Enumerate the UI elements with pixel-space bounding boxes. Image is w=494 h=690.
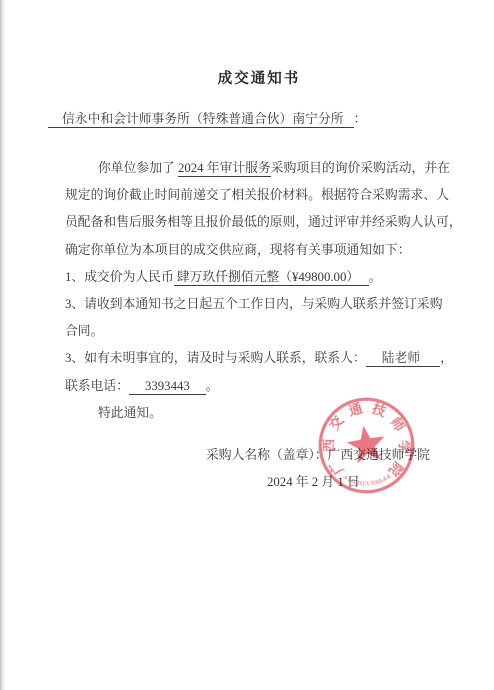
- paragraph-lead: 你单位参加了: [98, 161, 178, 175]
- addressee-name: 信永中和会计师事务所（特殊普通合伙）南宁分所: [48, 112, 354, 128]
- paragraph-line-1: 你单位参加了 2024 年审计服务采购项目的询价采购活动，并在: [65, 155, 465, 182]
- purchaser-org-name: 广西交通技师学院: [328, 448, 430, 462]
- phone-number-underlined: 3393443: [129, 379, 206, 395]
- item-1-period: 。: [369, 270, 382, 284]
- item-3-line-2: 联系电话：3393443。: [65, 373, 465, 400]
- item-2-line-2: 合同。: [65, 318, 465, 345]
- item-3-prefix: 3、如有未明事宜的，请及时与采购人联系，联系人：: [65, 351, 366, 365]
- scanned-notice-page: { "document": { "title": "成交通知书", "addre…: [0, 0, 494, 690]
- purchaser-signature-line: 采购人名称（盖章）：广西交通技师学院: [206, 444, 430, 463]
- date-line: 2024 年 2 月 1 日: [267, 471, 360, 490]
- phone-label: 联系电话：: [65, 379, 129, 393]
- notice-body: 你单位参加了 2024 年审计服务采购项目的询价采购活动，并在 规定的询价截止时…: [65, 155, 465, 427]
- addressee-colon: ：: [354, 112, 367, 126]
- paragraph-rest: 采购项目的询价采购活动，并在: [271, 161, 450, 175]
- scan-edge-artifact: [0, 0, 5, 690]
- item-3-period: 。: [206, 379, 219, 393]
- item-3-line-1: 3、如有未明事宜的，请及时与采购人联系，联系人：陆老师，: [65, 345, 465, 372]
- document-title: 成交通知书: [0, 67, 494, 88]
- item-1-prefix: 1、成交价为人民币: [65, 270, 174, 284]
- award-amount-underlined: 肆万玖仟捌佰元整（¥49800.00）: [174, 270, 369, 286]
- item-1-price: 1、成交价为人民币肆万玖仟捌佰元整（¥49800.00）。: [65, 264, 465, 291]
- project-name-underlined: 2024 年审计服务: [178, 161, 271, 177]
- item-3-comma: ，: [440, 351, 453, 365]
- addressee-line: 信永中和会计师事务所（特殊普通合伙）南宁分所：: [48, 108, 366, 127]
- item-2-line-1: 3、请收到本通知书之日起五个工作日内，与采购人联系并签订采购: [65, 291, 465, 318]
- paragraph-line-4: 确定你单位为本项目的成交供应商，现将有关事项通知如下：: [65, 237, 465, 264]
- purchaser-label: 采购人名称（盖章）：: [206, 448, 328, 462]
- paragraph-line-2: 规定的询价截止时间前递交了相关报价材料。根据符合采购需求、人: [65, 182, 465, 209]
- closing-line: 特此通知。: [65, 400, 465, 427]
- paragraph-line-3: 员配备和售后服务相等且报价最低的原则，通过评审并经采购人认可，: [65, 209, 465, 236]
- contact-person-underlined: 陆老师: [366, 351, 440, 367]
